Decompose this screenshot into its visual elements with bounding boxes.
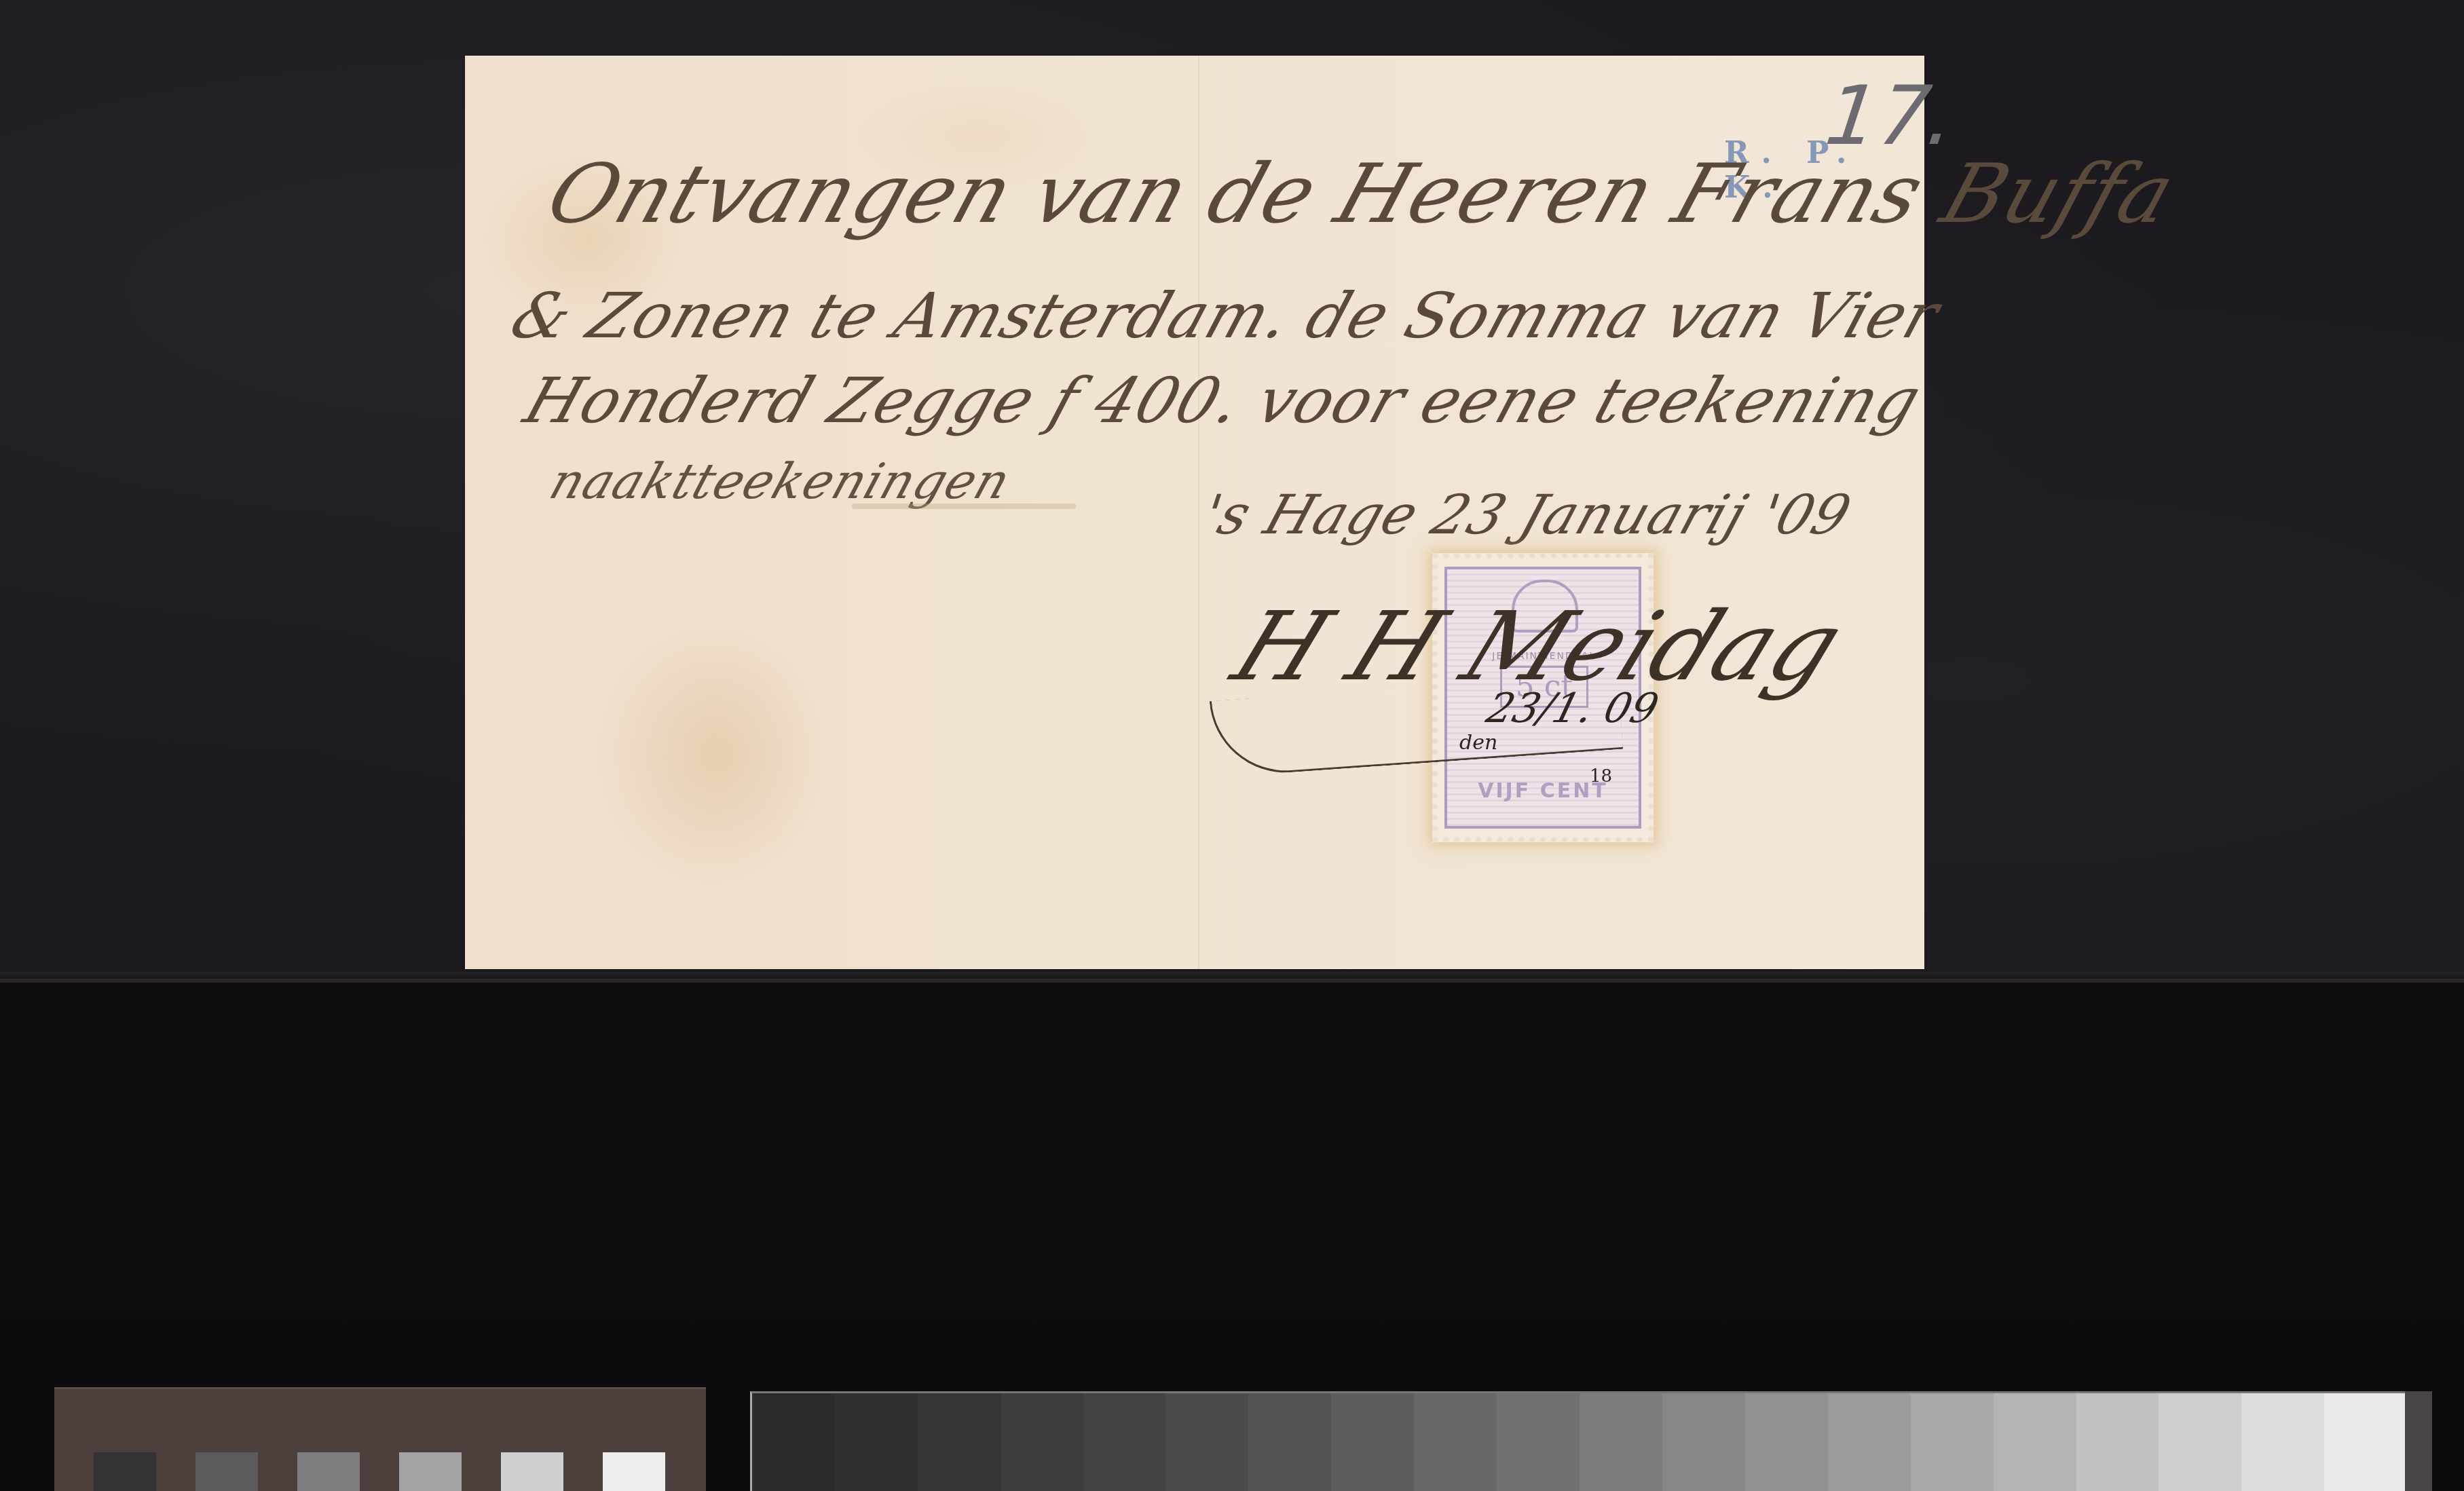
gray-step <box>1083 1393 1166 1491</box>
stamp-denomination: VIJF CENT <box>1447 779 1639 803</box>
gray-step <box>1414 1393 1497 1491</box>
signature: H H Meidag <box>1218 592 1859 702</box>
handwritten-line-1: Ontvangen van de Heeren Frans Buffa <box>536 147 2186 242</box>
gray-step <box>752 1393 835 1491</box>
gray-patch <box>501 1452 563 1491</box>
gray-step <box>918 1393 1001 1491</box>
gray-patch <box>94 1452 156 1491</box>
gray-patch <box>297 1452 360 1491</box>
gray-step <box>1331 1393 1414 1491</box>
gray-step <box>2076 1393 2159 1491</box>
gray-patch <box>399 1452 462 1491</box>
handwritten-line-2: & Zonen te Amsterdam. de Somma van Vier <box>502 280 1948 352</box>
gray-step <box>1662 1393 1745 1491</box>
gray-step <box>1580 1393 1662 1491</box>
strip-end-cap <box>2405 1391 2432 1491</box>
place-date-line: 's Hage 23 Januarij '09 <box>1195 483 1859 546</box>
gray-step <box>1497 1393 1580 1491</box>
gray-step <box>1745 1393 1828 1491</box>
grayscale-step-strip <box>750 1391 2407 1491</box>
faint-underline <box>852 504 1076 509</box>
gray-step <box>2241 1393 2324 1491</box>
gray-patch <box>195 1452 258 1491</box>
gray-step <box>1911 1393 1994 1491</box>
handwritten-line-3: Honderd Zegge f 400. voor eene teekening <box>516 364 1930 437</box>
gray-step <box>1828 1393 1911 1491</box>
handwritten-line-4: naaktteekeningen <box>543 453 1018 510</box>
gray-patch <box>603 1452 665 1491</box>
receipt-paper: R. P. K. 17. Ontvangen van de Heeren Fra… <box>465 56 1924 969</box>
gray-step <box>1248 1393 1331 1491</box>
gray-step <box>1994 1393 2076 1491</box>
gray-step <box>1001 1393 1083 1491</box>
gray-step <box>2324 1393 2407 1491</box>
gray-step <box>1166 1393 1249 1491</box>
gray-patch-card <box>54 1387 706 1491</box>
gray-step <box>2159 1393 2241 1491</box>
gray-step <box>835 1393 918 1491</box>
velvet-lower-band <box>0 972 2464 1393</box>
